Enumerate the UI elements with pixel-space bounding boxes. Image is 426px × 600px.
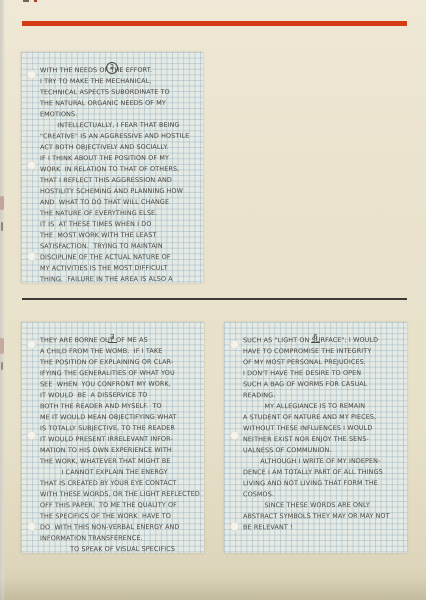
handwritten-line: INFORMATION TRANSFERENCE. bbox=[40, 534, 202, 546]
handwritten-line: THEY ARE BORNE OUT OF ME AS bbox=[40, 336, 202, 348]
handwritten-line: I TRY TO MAKE THE MECHANICAL, bbox=[40, 77, 201, 89]
handwritten-line: UALNESS OF COMMUNION. bbox=[243, 446, 405, 458]
handwritten-line: SINCE THESE WORDS ARE ONLY bbox=[243, 501, 405, 513]
edge-mark bbox=[0, 338, 4, 354]
handwritten-line: OF MY MOST PERSONAL PREJUDICES. bbox=[243, 358, 405, 370]
handwritten-line: HOSTILITY SCHEMING AND PLANNING HOW bbox=[40, 187, 201, 199]
page-left-edge bbox=[0, 0, 5, 600]
page-bottom-shadow bbox=[0, 578, 426, 600]
handwritten-line: AND WHAT TO DO THAT WILL CHANGE bbox=[40, 198, 201, 210]
note-sheet-bottom-right: 6 SUCH AS "LIGHT ON SURFACE"; I WOULDHAV… bbox=[224, 322, 407, 553]
handwritten-line: WITH THESE WORDS, OR THE LIGHT REFLECTED bbox=[40, 490, 202, 502]
handwritten-line: THAT IS CREATED BY YOUR EYE CONTACT bbox=[40, 479, 202, 491]
handwritten-line: ABSTRACT SYMBOLS THEY MAY OR MAY NOT bbox=[243, 512, 405, 524]
handwritten-line: ACT BOTH OBJECTIVELY AND SOCIALLY. bbox=[40, 143, 201, 155]
divider-rule bbox=[22, 298, 407, 300]
handwritten-line: READING. bbox=[243, 391, 405, 403]
handwritten-line: ME IT WOULD MEAN OBJECTIFYING WHAT bbox=[40, 413, 202, 425]
handwritten-line: COSMOS. bbox=[243, 490, 405, 502]
handwritten-line: WITH THE NEEDS OF THE EFFORT. bbox=[40, 66, 201, 78]
handwritten-line: THE NATURAL ORGANIC NEEDS OF MY bbox=[40, 99, 201, 111]
handwritten-line: WORK IN RELATION TO THAT OF OTHERS, bbox=[40, 165, 201, 177]
handwritten-text-block: WITH THE NEEDS OF THE EFFORT.I TRY TO MA… bbox=[40, 66, 201, 283]
handwritten-line: EMOTIONS. bbox=[40, 110, 201, 122]
handwritten-line: SUCH AS "LIGHT ON SURFACE"; I WOULD bbox=[243, 336, 405, 348]
handwritten-line: THE WORK, WHATEVER THAT MIGHT BE bbox=[40, 457, 202, 469]
handwritten-line: WITHOUT THESE INFLUENCES I WOULD bbox=[243, 424, 405, 436]
edge-mark bbox=[1, 362, 3, 370]
handwritten-line: A CHILD FROM THE WOMB. IF I TAKE bbox=[40, 347, 202, 359]
handwritten-line: MATION TO HIS OWN EXPERIENCE WITH bbox=[40, 446, 202, 458]
handwritten-line: IF I THINK ABOUT THE POSITION OF MY bbox=[40, 154, 201, 166]
punch-hole-icon bbox=[230, 522, 239, 531]
red-rule bbox=[22, 21, 407, 26]
handwritten-text-block: SUCH AS "LIGHT ON SURFACE"; I WOULDHAVE … bbox=[243, 336, 405, 534]
note-sheet-top: 2 WITH THE NEEDS OF THE EFFORT.I TRY TO … bbox=[21, 52, 203, 283]
handwritten-line: THE POSITION OF EXPLAINING OR CLAR- bbox=[40, 358, 202, 370]
handwritten-line: MY ALLEGIANCE IS TO REMAIN bbox=[243, 402, 405, 414]
handwritten-line: A STUDENT OF NATURE AND MY PIECES, bbox=[243, 413, 405, 425]
punch-hole-icon bbox=[27, 161, 36, 170]
book-page: 2 WITH THE NEEDS OF THE EFFORT.I TRY TO … bbox=[0, 0, 426, 600]
edge-speck bbox=[34, 0, 37, 2]
handwritten-line: NEITHER EXIST NOR ENJOY THE SENS- bbox=[243, 435, 405, 447]
handwritten-line: OFF THIS PAPER. TO ME THE QUALITY OF bbox=[40, 501, 202, 513]
handwritten-line: IT IS AT THESE TIMES WHEN I DO bbox=[40, 220, 201, 232]
handwritten-line: BOTH THE READER AND MYSELF. TO bbox=[40, 402, 202, 414]
handwritten-line: SEE WHEN YOU CONFRONT MY WORK, bbox=[40, 380, 202, 392]
handwritten-line: DO WITH THIS NON-VERBAL ENERGY AND bbox=[40, 523, 202, 535]
handwritten-line: DISCIPLINE OF THE ACTUAL NATURE OF bbox=[40, 253, 201, 265]
handwritten-line: TECHNICAL ASPECTS SUBORDINATE TO bbox=[40, 88, 201, 100]
handwritten-line: THE MOST WORK WITH THE LEAST bbox=[40, 231, 201, 243]
handwritten-line: THE SPECIFICS OF THE WORK HAVE TO bbox=[40, 512, 202, 524]
punch-hole-icon bbox=[27, 522, 36, 531]
handwritten-line: DENCE I AM TOTALLY PART OF ALL THINGS bbox=[243, 468, 405, 480]
edge-mark bbox=[1, 222, 3, 231]
handwritten-line: LIVING AND NOT LIVING THAT FORM THE bbox=[243, 479, 405, 491]
handwritten-line: HAVE TO COMPROMISE THE INTEGRITY bbox=[243, 347, 405, 359]
handwritten-line: I CANNOT EXPLAIN THE ENERGY bbox=[40, 468, 202, 480]
handwritten-line: I DON'T HAVE THE DESIRE TO OPEN bbox=[243, 369, 405, 381]
handwritten-line: INTELLECTUALLY, I FEAR THAT BEING bbox=[40, 121, 201, 133]
note-sheet-bottom-left: 3 THEY ARE BORNE OUT OF ME ASA CHILD FRO… bbox=[21, 322, 204, 553]
handwritten-line: THING. FAILURE IN THE AREA IS ALSO A bbox=[40, 275, 201, 283]
handwritten-line: THE NATURE OF EVERYTHING ELSE. bbox=[40, 209, 201, 221]
handwritten-line: IS TOTALLY SUBJECTIVE, TO THE READER bbox=[40, 424, 202, 436]
handwritten-line: MY ACTIVITIES IS THE MOST DIFFICULT bbox=[40, 264, 201, 276]
punch-hole-icon bbox=[230, 431, 239, 440]
handwritten-line: IT WOULD PRESENT IRRELEVANT INFOR- bbox=[40, 435, 202, 447]
handwritten-line: THAT I REFLECT THIS AGGRESSION AND bbox=[40, 176, 201, 188]
handwritten-line: "CREATIVE" IS AN AGGRESSIVE AND HOSTILE bbox=[40, 132, 201, 144]
handwritten-line: SATISFACTION. TRYING TO MAINTAIN bbox=[40, 242, 201, 254]
handwritten-line: IFYING THE GENERALITIES OF WHAT YOU bbox=[40, 369, 202, 381]
handwritten-line: SUCH A BAG OF WORMS FOR CASUAL bbox=[243, 380, 405, 392]
handwritten-line: IT WOULD BE A DISSERVICE TO bbox=[40, 391, 202, 403]
handwritten-line: TO SPEAK OF VISUAL SPECIFICS bbox=[40, 545, 202, 553]
punch-hole-icon bbox=[27, 431, 36, 440]
handwritten-line: BE RELEVANT ! bbox=[243, 523, 405, 535]
edge-speck bbox=[23, 0, 29, 2]
handwritten-line: ALTHOUGH I WRITE OF MY INDEPEN- bbox=[243, 457, 405, 469]
punch-hole-icon bbox=[27, 252, 36, 261]
edge-mark bbox=[0, 196, 4, 210]
handwritten-text-block: THEY ARE BORNE OUT OF ME ASA CHILD FROM … bbox=[40, 336, 202, 553]
